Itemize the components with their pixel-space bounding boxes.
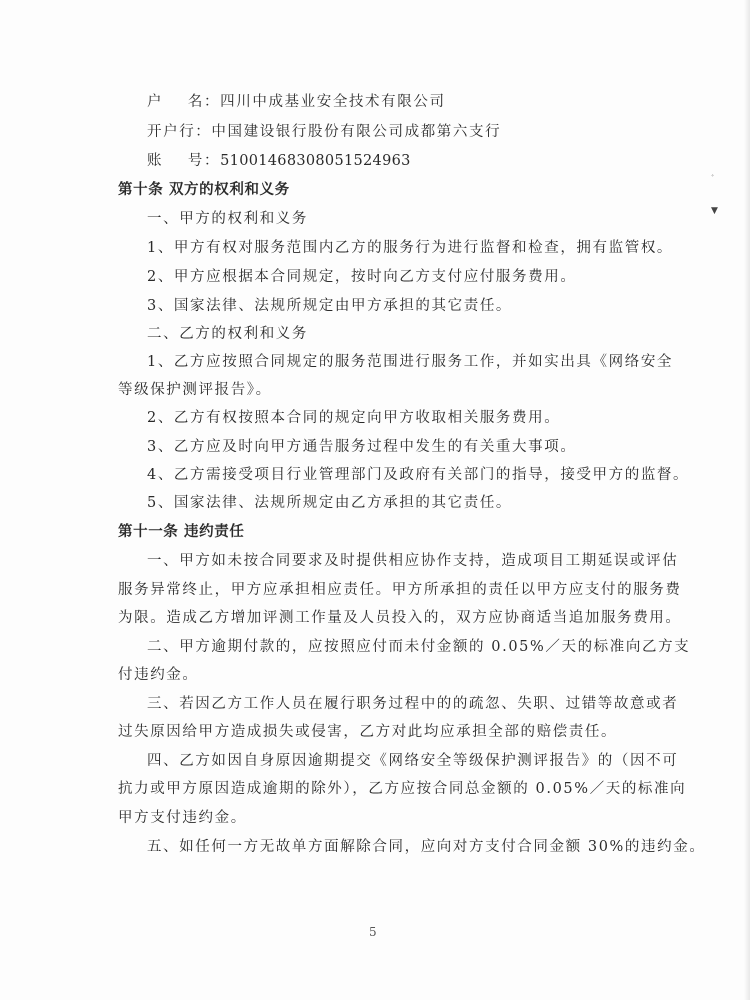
breach-line-4: 二、甲方逾期付款的，应按照应付而未付金额的 0.05%／天的标准向乙方支 [147, 637, 690, 657]
breach-line-3: 为限。造成乙方增加评测工作量及人员投入的，双方应协商适当追加服务费用。 [118, 608, 682, 628]
margin-triangle-icon: ▼ [711, 206, 718, 216]
account-name-row: 户 名：四川中成基业安全技术有限公司 [147, 92, 446, 112]
party-a-heading: 一、甲方的权利和义务 [147, 209, 308, 229]
party-b-item-1-cont: 等级保护测评报告》。 [118, 380, 272, 400]
party-b-item-2: 2、乙方有权按照本合同的规定向甲方收取相关服务费用。 [147, 408, 560, 428]
account-name-value: 四川中成基业安全技术有限公司 [220, 94, 445, 110]
article-11-title: 第十一条 违约责任 [118, 522, 244, 542]
account-bank-value: 中国建设银行股份有限公司成都第六支行 [211, 124, 501, 140]
breach-line-9: 抗力或甲方原因造成逾期的除外），乙方应按合同总金额的 0.05%／天的标准向 [118, 779, 686, 799]
party-b-item-1: 1、乙方应按照合同规定的服务范围进行服务工作，并如实出具《网络安全 [147, 352, 673, 372]
account-bank-label: 开户行： [147, 124, 211, 140]
account-name-label: 户 名： [147, 94, 220, 110]
page-number: 5 [369, 925, 377, 939]
breach-line-6: 三、若因乙方工作人员在履行职务过程中的的疏忽、失职、过错等故意或者 [147, 694, 678, 714]
margin-mark-icon: ﾞ [711, 172, 716, 185]
party-a-item-3: 3、国家法律、法规所规定由甲方承担的其它责任。 [147, 296, 512, 316]
scan-edge [744, 0, 750, 1000]
breach-line-10: 甲方支付违约金。 [118, 808, 247, 828]
party-a-item-2: 2、甲方应根据本合同规定，按时向乙方支付应付服务费用。 [147, 267, 576, 287]
breach-line-1: 一、甲方如未按合同要求及时提供相应协作支持，造成项目工期延误或评估 [147, 551, 678, 571]
breach-line-11: 五、如任何一方无故单方面解除合同，应向对方支付合同金额 30%的违约金。 [147, 837, 705, 857]
article-10-title: 第十条 双方的权利和义务 [118, 180, 290, 200]
party-b-item-4: 4、乙方需接受项目行业管理部门及政府有关部门的指导，接受甲方的监督。 [147, 465, 689, 485]
party-b-item-3: 3、乙方应及时向甲方通告服务过程中发生的有关重大事项。 [147, 437, 576, 457]
account-bank-row: 开户行：中国建设银行股份有限公司成都第六支行 [147, 122, 501, 142]
account-number-label: 账 号： [147, 153, 220, 169]
breach-line-2: 服务异常终止，甲方应承担相应责任。甲方所承担的责任以甲方应支付的服务费 [118, 580, 682, 600]
party-b-item-5: 5、国家法律、法规所规定由乙方承担的其它责任。 [147, 493, 512, 513]
account-number-value: 51001468308051524963 [220, 153, 411, 169]
party-b-heading: 二、乙方的权利和义务 [147, 324, 308, 344]
document-page: 户 名：四川中成基业安全技术有限公司 开户行：中国建设银行股份有限公司成都第六支… [0, 0, 750, 1000]
party-a-item-1: 1、甲方有权对服务范围内乙方的服务行为进行监督和检查，拥有监管权。 [147, 238, 673, 258]
account-number-row: 账 号：51001468308051524963 [147, 151, 411, 171]
breach-line-5: 付违约金。 [118, 665, 199, 685]
breach-line-8: 四、乙方如因自身原因逾期提交《网络安全等级保护测评报告》的（因不可 [147, 751, 678, 771]
breach-line-7: 过失原因给甲方造成损失或侵害，乙方对此均应承担全部的赔偿责任。 [118, 722, 617, 742]
